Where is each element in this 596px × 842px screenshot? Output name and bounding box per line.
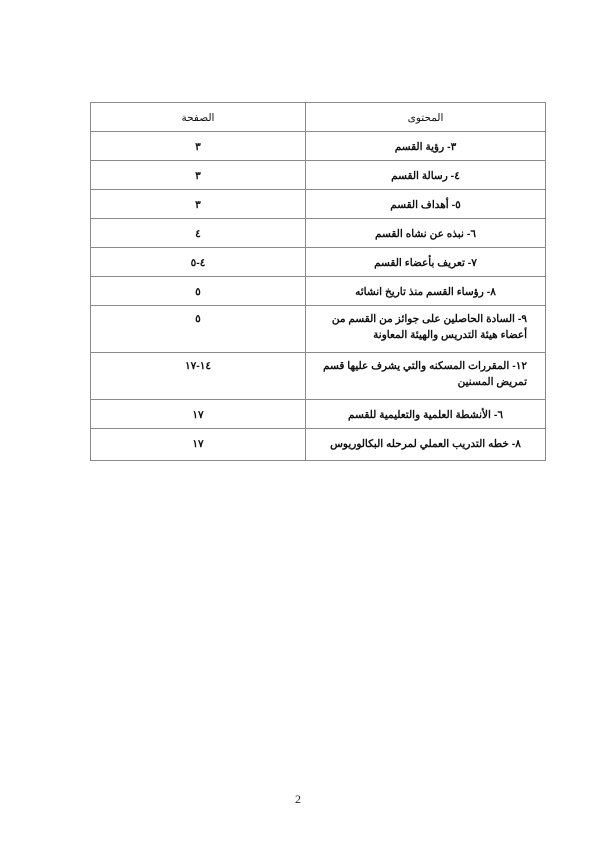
row-content: ٩- السادة الحاصلين على جوائز من القسم من… bbox=[306, 306, 545, 343]
row-content: ٣- رؤية القسم bbox=[306, 132, 545, 155]
row-page: ١٧ bbox=[91, 429, 305, 452]
row-content: ٦- نبذه عن نشاه القسم bbox=[306, 219, 545, 242]
table-row: ٧- تعريف بأعضاء القسم ٤-٥ bbox=[91, 248, 546, 277]
row-page: ٣ bbox=[91, 161, 305, 184]
row-content: ٤- رسالة القسم bbox=[306, 161, 545, 184]
table-row: ٦- الأنشطة العلمية والتعليمية للقسم ١٧ bbox=[91, 400, 546, 429]
table-header-row: المحتوى الصفحة bbox=[91, 103, 546, 132]
row-content: ٥- أهداف القسم bbox=[306, 190, 545, 213]
table-row: ١٢- المقررات المسكنه والتي يشرف عليها قس… bbox=[91, 353, 546, 400]
table-of-contents: المحتوى الصفحة ٣- رؤية القسم ٣ ٤- رسالة … bbox=[90, 102, 546, 461]
table-row: ٨- رؤساء القسم منذ تاريخ انشائه ٥ bbox=[91, 277, 546, 306]
header-page: الصفحة bbox=[91, 103, 306, 132]
row-page: ٥ bbox=[91, 277, 305, 300]
row-page: ١٤-١٧ bbox=[91, 353, 305, 374]
row-page: ٣ bbox=[91, 132, 305, 155]
table-row: ٨- خطه التدريب العملي لمرحله البكالوريوس… bbox=[91, 429, 546, 461]
row-page: ٥ bbox=[91, 306, 305, 327]
row-content: ١٢- المقررات المسكنه والتي يشرف عليها قس… bbox=[306, 353, 545, 390]
table-row: ٩- السادة الحاصلين على جوائز من القسم من… bbox=[91, 306, 546, 353]
table-row: ٤- رسالة القسم ٣ bbox=[91, 161, 546, 190]
row-content: ٨- رؤساء القسم منذ تاريخ انشائه bbox=[306, 277, 545, 300]
row-page: ٣ bbox=[91, 190, 305, 213]
header-content: المحتوى bbox=[306, 103, 546, 132]
row-content: ٨- خطه التدريب العملي لمرحله البكالوريوس bbox=[306, 429, 545, 452]
table-row: ٣- رؤية القسم ٣ bbox=[91, 132, 546, 161]
document-page: المحتوى الصفحة ٣- رؤية القسم ٣ ٤- رسالة … bbox=[0, 0, 596, 842]
row-page: ١٧ bbox=[91, 400, 305, 423]
table-row: ٦- نبذه عن نشاه القسم ٤ bbox=[91, 219, 546, 248]
header-content-label: المحتوى bbox=[306, 103, 545, 126]
page-number: 2 bbox=[0, 792, 596, 807]
row-content: ٧- تعريف بأعضاء القسم bbox=[306, 248, 545, 271]
row-page: ٤-٥ bbox=[91, 248, 305, 271]
row-page: ٤ bbox=[91, 219, 305, 242]
table-row: ٥- أهداف القسم ٣ bbox=[91, 190, 546, 219]
header-page-label: الصفحة bbox=[91, 103, 305, 126]
row-content: ٦- الأنشطة العلمية والتعليمية للقسم bbox=[306, 400, 545, 423]
